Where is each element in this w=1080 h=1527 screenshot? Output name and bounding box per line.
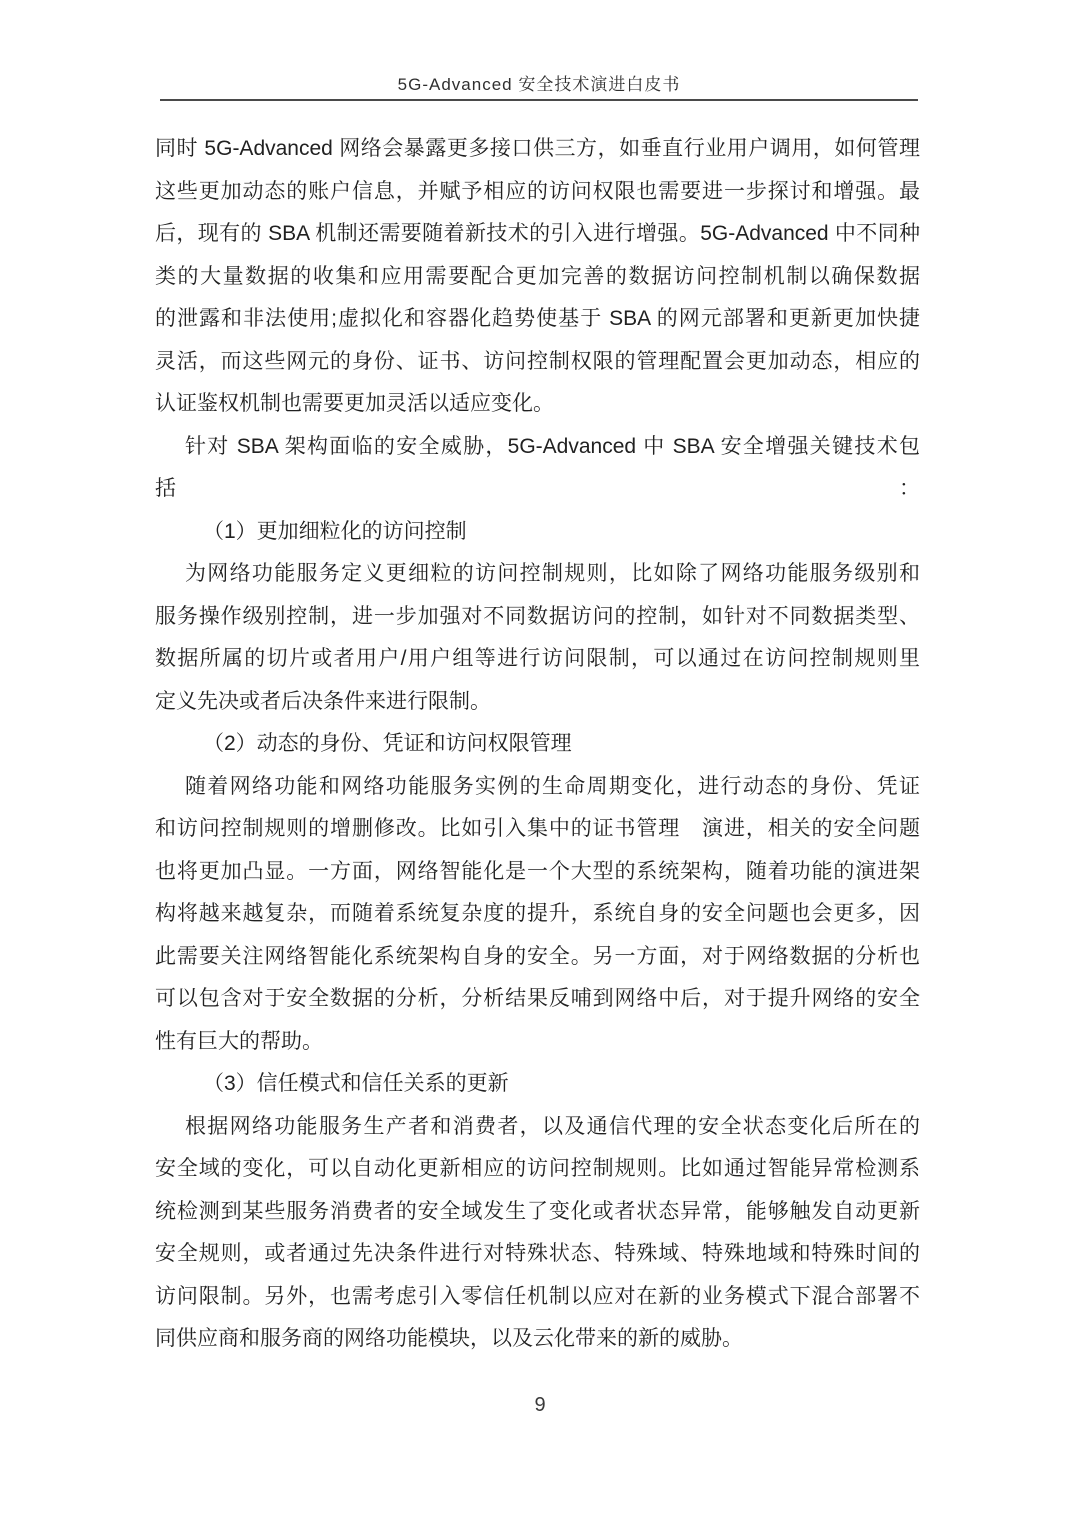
text-line: 和访问控制规则的增删修改。比如引入集中的证书管理 演进，相关的安全问题 (155, 808, 920, 851)
text-line: 针对 SBA 架构面临的安全威胁，5G-Advanced 中 SBA 安全增强关… (155, 426, 920, 511)
text-line: 构将越来越复杂，而随着系统复杂度的提升，系统自身的安全问题也会更多，因 (155, 893, 920, 936)
text-line: 的泄露和非法使用;虚拟化和容器化趋势使基于 SBA 的网元部署和更新更加快捷 (155, 298, 920, 341)
text-line: 安全规则，或者通过先决条件进行对特殊状态、特殊域、特殊地域和特殊时间的 (155, 1233, 920, 1276)
text-line: （1）更加细粒化的访问控制 (155, 511, 920, 554)
text-line: 为网络功能服务定义更细粒的访问控制规则，比如除了网络功能服务级别和 (155, 553, 920, 596)
text-line: （3）信任模式和信任关系的更新 (155, 1063, 920, 1106)
text-line: 性有巨大的帮助。 (155, 1021, 920, 1064)
text-line: 此需要关注网络智能化系统架构自身的安全。另一方面，对于网络数据的分析也 (155, 936, 920, 979)
text-line: 根据网络功能服务生产者和消费者，以及通信代理的安全状态变化后所在的 (155, 1106, 920, 1149)
page-header-title: 5G-Advanced 安全技术演进白皮书 (160, 70, 918, 95)
text-line: 灵活，而这些网元的身份、证书、访问控制权限的管理配置会更加动态，相应的 (155, 341, 920, 384)
text-line: 数据所属的切片或者用户/用户组等进行访问限制，可以通过在访问控制规则里 (155, 638, 920, 681)
text-line: 服务操作级别控制，进一步加强对不同数据访问的控制，如针对不同数据类型、 (155, 596, 920, 639)
text-line: 同供应商和服务商的网络功能模块，以及云化带来的新的威胁。 (155, 1318, 920, 1361)
text-line: 这些更加动态的账户信息，并赋予相应的访问权限也需要进一步探讨和增强。最 (155, 171, 920, 214)
page-number: 9 (0, 1394, 1080, 1417)
text-line: 认证鉴权机制也需要更加灵活以适应变化。 (155, 383, 920, 426)
document-page: 5G-Advanced 安全技术演进白皮书 同时 5G-Advanced 网络会… (0, 0, 1080, 1527)
text-line: 类的大量数据的收集和应用需要配合更加完善的数据访问控制机制以确保数据 (155, 256, 920, 299)
text-line: 同时 5G-Advanced 网络会暴露更多接口供三方，如垂直行业用户调用，如何… (155, 128, 920, 171)
text-line: 可以包含对于安全数据的分析，分析结果反哺到网络中后，对于提升网络的安全 (155, 978, 920, 1021)
text-line: （2）动态的身份、凭证和访问权限管理 (155, 723, 920, 766)
header-rule (160, 99, 918, 101)
text-line: 定义先决或者后决条件来进行限制。 (155, 681, 920, 724)
text-line: 统检测到某些服务消费者的安全域发生了变化或者状态异常，能够触发自动更新 (155, 1191, 920, 1234)
text-line: 后，现有的 SBA 机制还需要随着新技术的引入进行增强。5G-Advanced … (155, 213, 920, 256)
text-line: 访问限制。另外，也需考虑引入零信任机制以应对在新的业务模式下混合部署不 (155, 1276, 920, 1319)
text-line: 也将更加凸显。一方面，网络智能化是一个大型的系统架构，随着功能的演进架 (155, 851, 920, 894)
text-line: 随着网络功能和网络功能服务实例的生命周期变化，进行动态的身份、凭证 (155, 766, 920, 809)
text-line: 安全域的变化，可以自动化更新相应的访问控制规则。比如通过智能异常检测系 (155, 1148, 920, 1191)
document-body: 同时 5G-Advanced 网络会暴露更多接口供三方，如垂直行业用户调用，如何… (155, 128, 920, 1361)
